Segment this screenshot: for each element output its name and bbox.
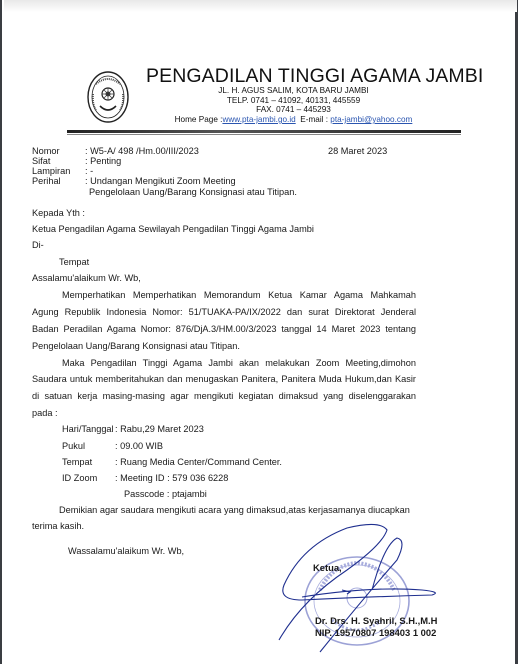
schedule-label-place: Tempat bbox=[62, 457, 92, 467]
org-name: PENGADILAN TINGGI AGAMA JAMBI bbox=[146, 65, 483, 88]
kepada-label: Kepada Yth : bbox=[32, 208, 85, 218]
sifat-label: Sifat bbox=[32, 156, 50, 166]
schedule-label-date: Hari/Tanggal bbox=[62, 424, 114, 434]
schedule-value-time: : 09.00 WIB bbox=[115, 441, 163, 451]
homepage-label: Home Page : bbox=[175, 115, 223, 124]
org-address: JL. H. AGUS SALIM, KOTA BARU JAMBI bbox=[2, 86, 515, 95]
homepage-link[interactable]: www.pta-jambi.go.id bbox=[222, 115, 295, 124]
para1-line-3: Badan Peradilan Agama Nomor: 876/DjA.3/H… bbox=[32, 324, 416, 334]
org-telp: TELP. 0741 – 41092, 40131, 445559 bbox=[2, 96, 515, 105]
sifat-value: : Penting bbox=[85, 156, 121, 166]
para2-line-2: Saudara untuk memberitahukan dan menugas… bbox=[32, 374, 416, 384]
email-link[interactable]: pta-jambi@yahoo.com bbox=[330, 115, 412, 124]
recipient: Ketua Pengadilan Agama Sewilayah Pengadi… bbox=[32, 224, 314, 234]
nomor-value: : W5-A/ 498 /Hm.00/III/2023 bbox=[85, 146, 199, 156]
para2-line-4: pada : bbox=[32, 408, 58, 418]
letter-date: 28 Maret 2023 bbox=[328, 146, 387, 156]
para1-line-4: Pengelolaan Uang/Barang Konsignasi atau … bbox=[32, 341, 240, 351]
org-fax: FAX. 0741 – 445293 bbox=[2, 105, 515, 114]
lampiran-label: Lampiran bbox=[32, 166, 70, 176]
signatory-nip: NIP. 19570807 198403 1 002 bbox=[315, 627, 436, 638]
closing-line-2: terima kasih. bbox=[32, 521, 84, 531]
document-page: PENGADILAN TINGGI AGAMA JAMBI JL. H. AGU… bbox=[2, 0, 515, 664]
closing-line-1: Demikian agar saudara mengikuti acara ya… bbox=[59, 505, 410, 515]
signatory-name: Dr. Drs. H. Syahril, S.H.,M.H bbox=[315, 615, 437, 626]
perihal-value-2: Pengelolaan Uang/Barang Konsignasi atau … bbox=[89, 187, 297, 197]
page-top-shadow bbox=[4, 0, 517, 12]
org-contact: Home Page :www.pta-jambi.go.id E-mail : … bbox=[2, 115, 515, 124]
greeting: Assalamu'alaikum Wr. Wb, bbox=[32, 273, 141, 283]
wassalam: Wassalamu'alaikum Wr. Wb, bbox=[68, 546, 184, 556]
para2-line-1: Maka Pengadilan Tinggi Agama Jambi akan … bbox=[62, 358, 416, 368]
schedule-value-zoom: : Meeting ID : 579 036 6228 bbox=[115, 473, 228, 483]
zoom-passcode: Passcode : ptajambi bbox=[124, 489, 207, 499]
lampiran-value: : - bbox=[85, 166, 93, 176]
nomor-label: Nomor bbox=[32, 146, 60, 156]
letterhead-divider-thin bbox=[67, 134, 461, 135]
para2-line-3: di satuan kerja masing-masing agar mengi… bbox=[32, 391, 416, 401]
schedule-value-place: : Ruang Media Center/Command Center. bbox=[115, 457, 282, 467]
schedule-label-zoom: ID Zoom bbox=[62, 473, 97, 483]
perihal-value-1: : Undangan Mengikuti Zoom Meeting bbox=[85, 176, 236, 186]
para1-line-1: Memperhatikan Memperhatikan Memorandum K… bbox=[62, 290, 416, 300]
schedule-label-time: Pukul bbox=[62, 441, 85, 451]
schedule-value-date: : Rabu,29 Maret 2023 bbox=[115, 424, 204, 434]
letterhead-divider bbox=[67, 130, 461, 133]
tempat-label: Tempat bbox=[59, 257, 89, 267]
perihal-label: Perihal bbox=[32, 176, 61, 186]
di-label: Di- bbox=[32, 240, 44, 250]
email-label: E-mail : bbox=[300, 115, 330, 124]
signatory-title: Ketua, bbox=[313, 562, 342, 573]
para1-line-2: Agung Republik Indonesia Nomor: 51/TUAKA… bbox=[32, 307, 416, 317]
